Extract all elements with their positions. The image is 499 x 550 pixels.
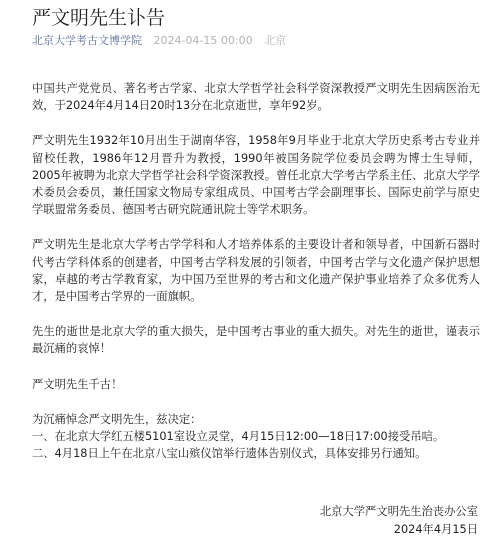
- decision-item: 一、在北京大学红五楼5101室设立灵堂，4月15日12:00—18日17:00接…: [32, 428, 480, 445]
- article-body: 中国共产党党员、著名考古学家、北京大学哲学社会科学资深教授严文明先生因病医治无效…: [32, 80, 480, 462]
- signature-block: 北京大学严文明先生治丧办公室 2024年4月15日: [320, 503, 478, 539]
- signature-office: 北京大学严文明先生治丧办公室: [320, 503, 478, 521]
- paragraph-biography: 严文明先生1932年10月出生于湖南华容，1958年9月毕业于北京大学历史系考古…: [32, 132, 480, 218]
- decision-intro: 为沉痛悼念严文明先生，兹决定：: [32, 411, 480, 428]
- article-title: 严文明先生讣告: [32, 5, 165, 31]
- paragraph-condolence: 先生的逝世是北京大学的重大损失，是中国考古事业的重大损失。对先生的逝世，谨表示最…: [32, 323, 480, 357]
- decision-item: 二、4月18日上午在北京八宝山殡仪馆举行遗体告别仪式，具体安排另行通知。: [32, 445, 480, 462]
- paragraph-tribute: 严文明先生千古！: [32, 376, 480, 393]
- source-account-link[interactable]: 北京大学考古文博学院: [32, 34, 142, 47]
- publish-time: 2024-04-15 00:00: [154, 34, 253, 47]
- paragraph-announcement: 中国共产党党员、著名考古学家、北京大学哲学社会科学资深教授严文明先生因病医治无效…: [32, 80, 480, 114]
- article-meta: 北京大学考古文博学院 2024-04-15 00:00 北京: [32, 33, 294, 49]
- signature-date: 2024年4月15日: [320, 521, 478, 539]
- paragraph-contributions: 严文明先生是北京大学考古学学科和人才培养体系的主要设计者和领导者，中国新石器时代…: [32, 236, 480, 305]
- publish-location: 北京: [264, 34, 286, 47]
